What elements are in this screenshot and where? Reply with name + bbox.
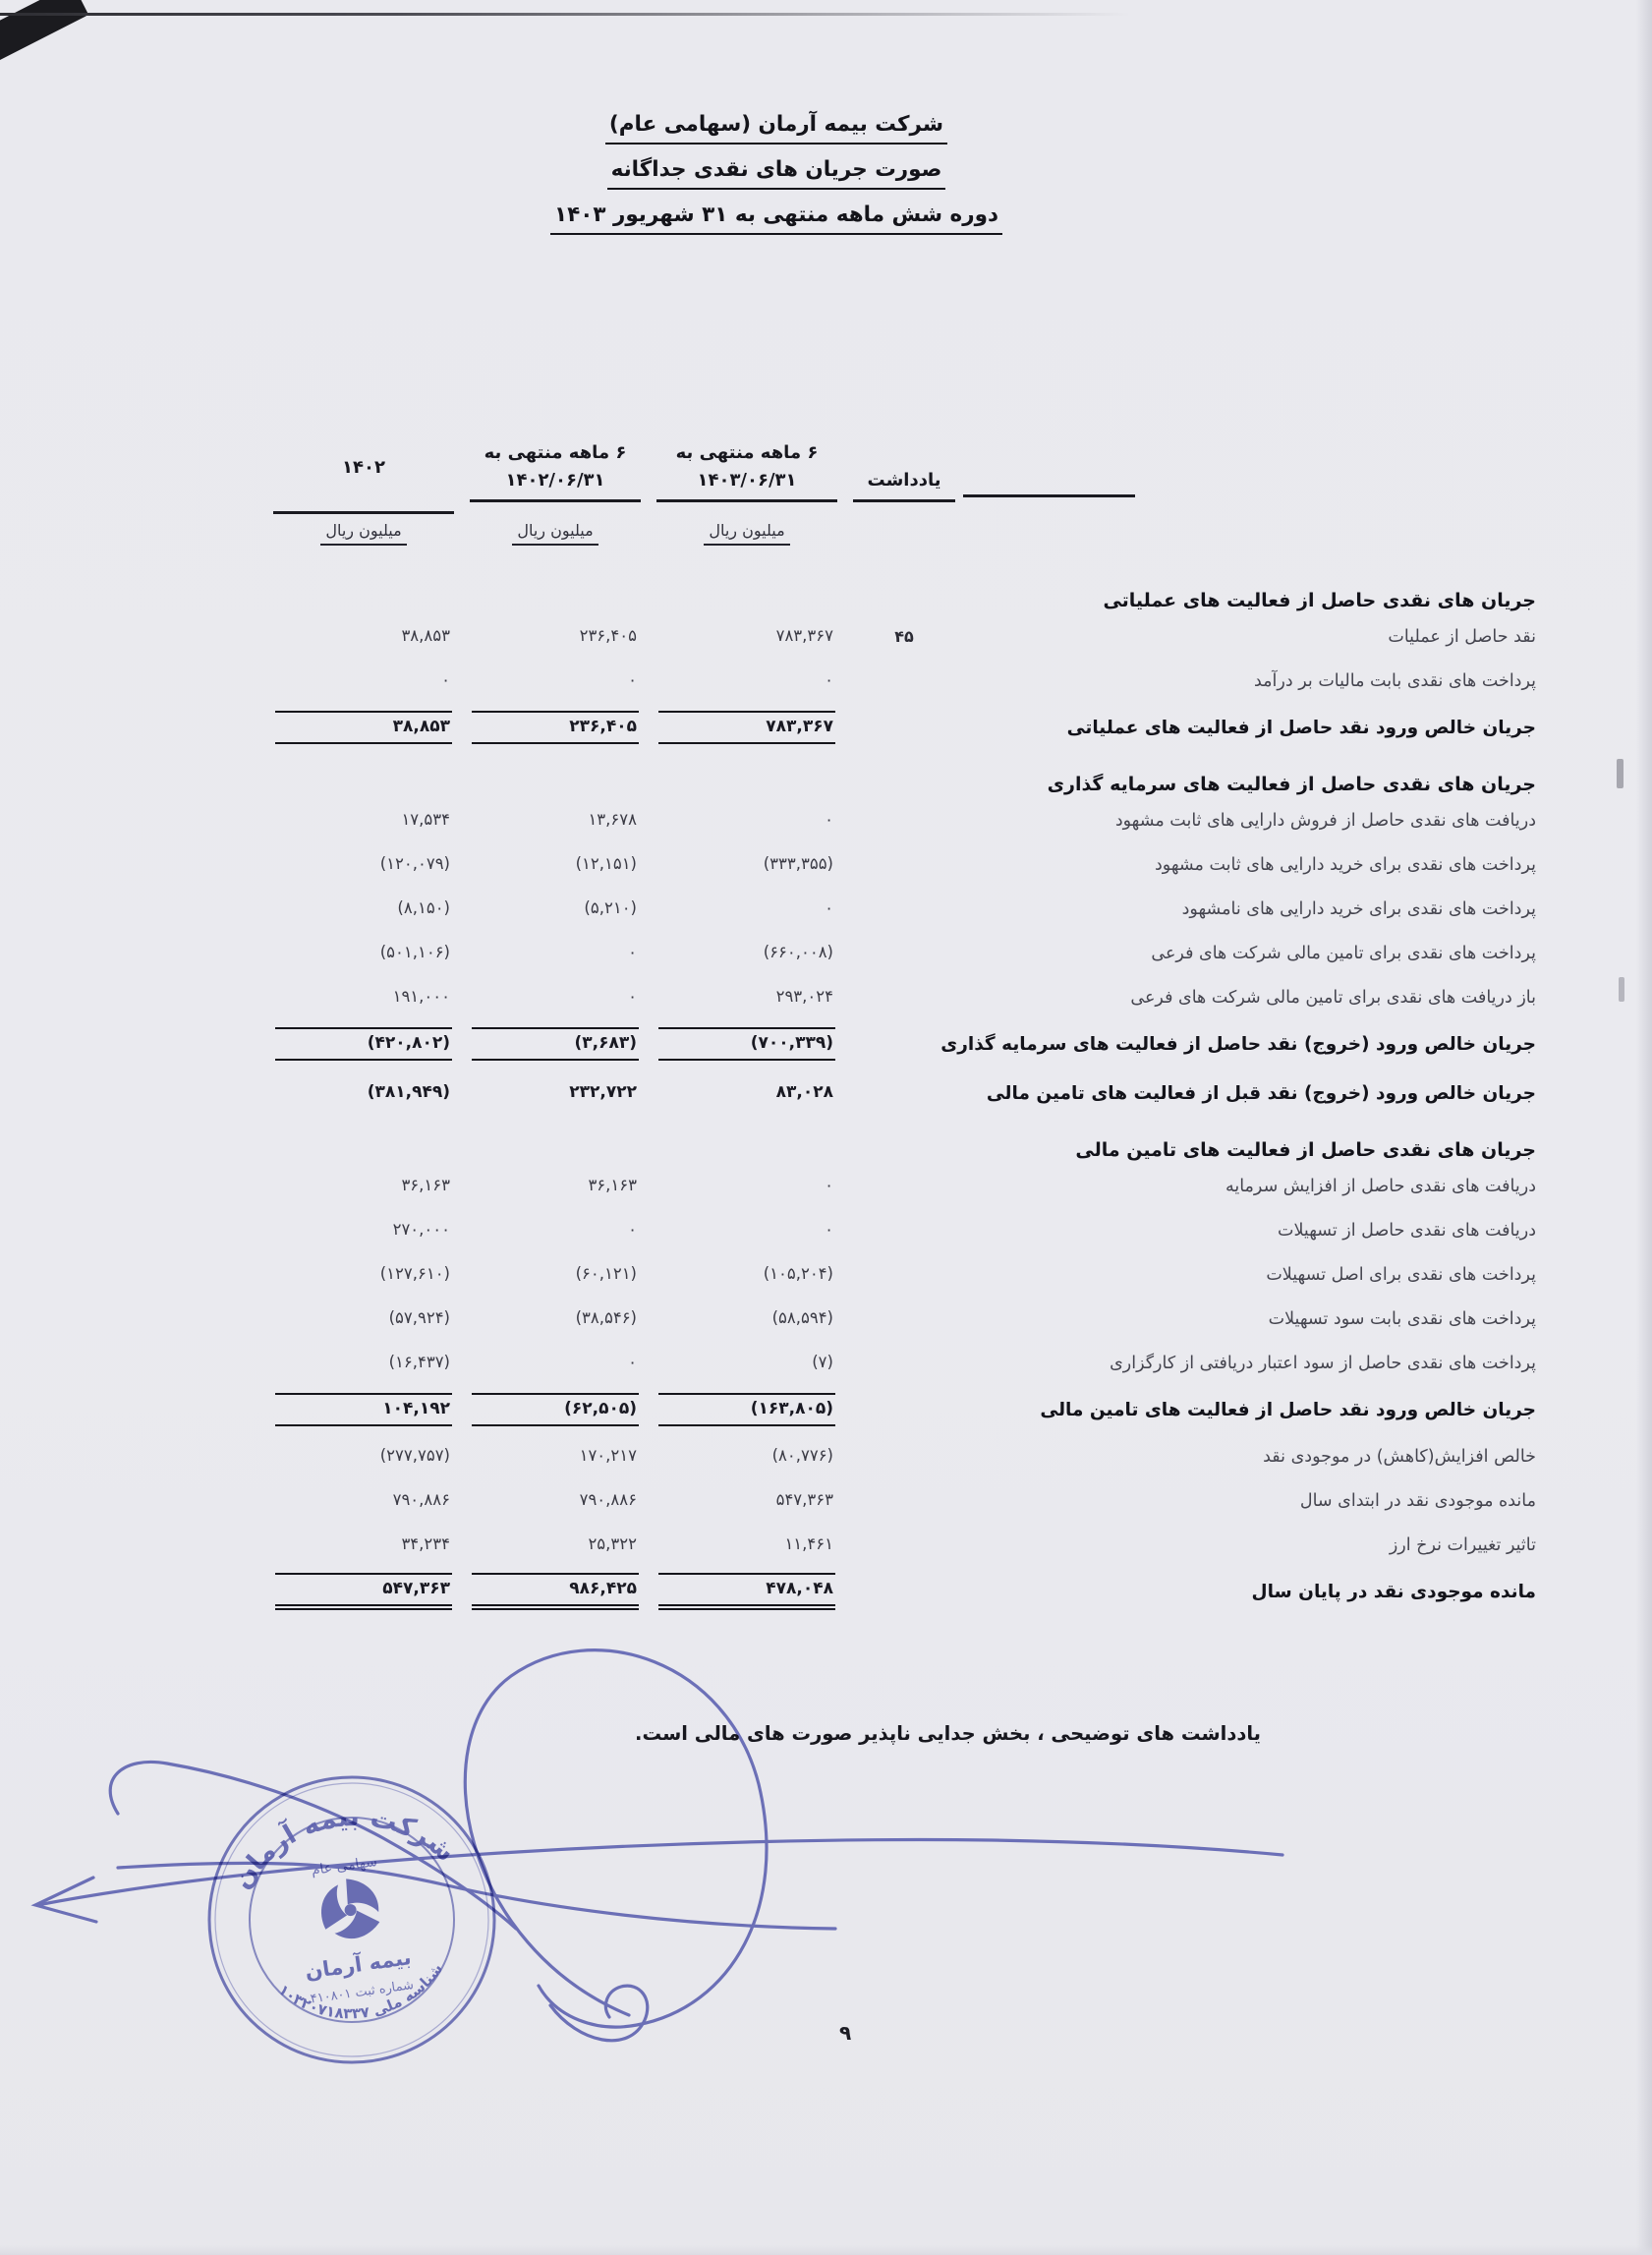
table-row: جریان خالص ورود نقد حاصل از فعالیت های ت… bbox=[265, 1385, 1536, 1434]
row-note bbox=[845, 1208, 963, 1252]
row-label: تاثیر تغییرات نرخ ارز bbox=[1390, 1535, 1536, 1555]
table-row: جریان خالص ورود (خروج) نقد قبل از فعالیت… bbox=[265, 1069, 1536, 1118]
row-label: جریان های نقدی حاصل از فعالیت های سرمایه… bbox=[1048, 774, 1536, 795]
cell-value: ۰ bbox=[472, 666, 639, 695]
row-label: دریافت های نقدی حاصل از تسهیلات bbox=[1278, 1221, 1536, 1241]
table-row: پرداخت های نقدی حاصل از سود اعتبار دریاف… bbox=[265, 1341, 1536, 1385]
row-label: پرداخت های نقدی برای اصل تسهیلات bbox=[1266, 1265, 1536, 1285]
cell-value: ۰ bbox=[472, 1349, 639, 1377]
row-note bbox=[845, 752, 963, 798]
cell-value: ۳۸,۸۵۳ bbox=[275, 622, 452, 651]
row-note bbox=[845, 1297, 963, 1341]
statement-title-text: صورت جریان های نقدی جداگانه bbox=[607, 157, 946, 190]
row-note bbox=[845, 1478, 963, 1523]
cell-value: ۳۶,۱۶۳ bbox=[275, 1172, 452, 1200]
row-label: جریان خالص ورود (خروج) نقد قبل از فعالیت… bbox=[987, 1083, 1536, 1104]
cell-value: ۲۵,۳۲۲ bbox=[472, 1531, 639, 1559]
cell-value: (۳,۶۸۳) bbox=[472, 1027, 639, 1061]
scanned-document-page: شرکت بیمه آرمان (سهامی عام) صورت جریان ه… bbox=[0, 0, 1652, 2255]
scan-artifact-right-2 bbox=[1619, 977, 1624, 1002]
table-row: خالص افزایش(کاهش) در موجودی نقد(۸۰,۷۷۶)۱… bbox=[265, 1434, 1536, 1478]
table-row: پرداخت های نقدی برای خرید دارایی های نام… bbox=[265, 887, 1536, 931]
statement-title: صورت جریان های نقدی جداگانه bbox=[0, 157, 1553, 190]
cell-value: ۰ bbox=[658, 1216, 835, 1244]
cell-value: ۷۹۰,۸۸۶ bbox=[472, 1486, 639, 1515]
period-title: دوره شش ماهه منتهی به ۳۱ شهریور ۱۴۰۳ bbox=[0, 202, 1553, 235]
row-label: پرداخت های نقدی بابت سود تسهیلات bbox=[1269, 1309, 1536, 1329]
table-row: پرداخت های نقدی برای اصل تسهیلات(۱۰۵,۲۰۴… bbox=[265, 1252, 1536, 1297]
note-column-label: یادداشت bbox=[868, 470, 941, 491]
cell-value: (۸,۱۵۰) bbox=[275, 895, 452, 923]
scan-artifact-right-1 bbox=[1617, 759, 1624, 788]
row-note bbox=[845, 1164, 963, 1208]
cell-value: ۵۴۷,۳۶۳ bbox=[658, 1486, 835, 1515]
page-number: ۹ bbox=[839, 2021, 851, 2045]
current-period-line1: ۶ ماهه منتهی به bbox=[676, 442, 819, 463]
row-note bbox=[845, 1069, 963, 1118]
table-row: جریان های نقدی حاصل از فعالیت های سرمایه… bbox=[265, 752, 1536, 798]
cell-value: (۶۰,۱۲۱) bbox=[472, 1260, 639, 1289]
cell-value: ۱۱,۴۶۱ bbox=[658, 1531, 835, 1559]
cell-value: (۱۶۳,۸۰۵) bbox=[658, 1393, 835, 1426]
prior-year-label: ۱۴۰۲ bbox=[342, 457, 385, 478]
cash-flow-table: یادداشت ۶ ماهه منتهی به ۱۴۰۳/۰۶/۳۱ ۶ ماه… bbox=[265, 376, 1536, 1616]
row-label: جریان خالص ورود نقد حاصل از فعالیت های ت… bbox=[1040, 1400, 1536, 1420]
row-note bbox=[845, 975, 963, 1019]
period-title-text: دوره شش ماهه منتهی به ۳۱ شهریور ۱۴۰۳ bbox=[550, 202, 1002, 235]
row-note bbox=[845, 1118, 963, 1164]
row-note bbox=[845, 1523, 963, 1567]
row-note bbox=[845, 931, 963, 975]
cell-value: (۷) bbox=[658, 1349, 835, 1377]
cell-value: (۵۰۱,۱۰۶) bbox=[275, 939, 452, 967]
cell-value: (۵,۲۱۰) bbox=[472, 895, 639, 923]
row-note bbox=[845, 887, 963, 931]
cell-value: ۱۳,۶۷۸ bbox=[472, 806, 639, 835]
cell-value: (۳۸,۵۴۶) bbox=[472, 1304, 639, 1333]
cell-value: (۸۰,۷۷۶) bbox=[658, 1442, 835, 1471]
table-row: دریافت های نقدی حاصل از افزایش سرمایه۰۳۶… bbox=[265, 1164, 1536, 1208]
signature bbox=[0, 1573, 1652, 2123]
row-note bbox=[845, 703, 963, 752]
cell-value: (۵۷,۹۲۴) bbox=[275, 1304, 452, 1333]
scan-edge-shadow-bottom bbox=[0, 2245, 1652, 2255]
signature-long-stroke bbox=[37, 1840, 1282, 1905]
row-note bbox=[845, 842, 963, 887]
row-note bbox=[845, 1341, 963, 1385]
cell-value: (۶۶۰,۰۰۸) bbox=[658, 939, 835, 967]
row-label: جریان خالص ورود نقد حاصل از فعالیت های ع… bbox=[1067, 718, 1536, 738]
cell-value: (۴۲۰,۸۰۲) bbox=[275, 1027, 452, 1061]
cell-value: (۱۶,۴۳۷) bbox=[275, 1349, 452, 1377]
cell-value: ۲۹۳,۰۲۴ bbox=[658, 983, 835, 1012]
cell-value: (۱۲,۱۵۱) bbox=[472, 850, 639, 879]
cell-value: ۰ bbox=[658, 1172, 835, 1200]
cell-value: ۰ bbox=[658, 806, 835, 835]
row-label: جریان خالص ورود (خروج) نقد حاصل از فعالی… bbox=[940, 1034, 1536, 1055]
cell-value: ۲۳۲,۷۲۲ bbox=[472, 1078, 639, 1108]
prior-period-date: ۱۴۰۲/۰۶/۳۱ bbox=[505, 470, 604, 491]
table-row: دریافت های نقدی حاصل از تسهیلات۰۰۲۷۰,۰۰۰ bbox=[265, 1208, 1536, 1252]
table-row: نقد حاصل از عملیات۴۵۷۸۳,۳۶۷۲۳۶,۴۰۵۳۸,۸۵۳ bbox=[265, 614, 1536, 659]
document-header: شرکت بیمه آرمان (سهامی عام) صورت جریان ه… bbox=[0, 112, 1553, 248]
row-label: پرداخت های نقدی برای تامین مالی شرکت های… bbox=[1151, 944, 1536, 963]
table-row: باز دریافت های نقدی برای تامین مالی شرکت… bbox=[265, 975, 1536, 1019]
table-row: جریان خالص ورود (خروج) نقد حاصل از فعالی… bbox=[265, 1019, 1536, 1069]
table-row: دریافت های نقدی حاصل از فروش دارایی های … bbox=[265, 798, 1536, 842]
cell-value: ۰ bbox=[658, 666, 835, 695]
row-label: پرداخت های نقدی برای خرید دارایی های نام… bbox=[1182, 899, 1536, 919]
company-title: شرکت بیمه آرمان (سهامی عام) bbox=[0, 112, 1553, 145]
row-note bbox=[845, 1434, 963, 1478]
table-row: پرداخت های نقدی برای خرید دارایی های ثاب… bbox=[265, 842, 1536, 887]
table-row: جریان خالص ورود نقد حاصل از فعالیت های ع… bbox=[265, 703, 1536, 752]
cell-value: ۰ bbox=[472, 1216, 639, 1244]
note-column-header: یادداشت bbox=[853, 388, 955, 502]
cell-value: ۱۹۱,۰۰۰ bbox=[275, 983, 452, 1012]
cell-value: (۱۰۵,۲۰۴) bbox=[658, 1260, 835, 1289]
row-label: مانده موجودی نقد در ابتدای سال bbox=[1300, 1491, 1536, 1511]
header-rule-extension bbox=[963, 392, 1135, 497]
cell-value: ۳۸,۸۵۳ bbox=[275, 711, 452, 744]
column-header-row: یادداشت ۶ ماهه منتهی به ۱۴۰۳/۰۶/۳۱ ۶ ماه… bbox=[265, 376, 1536, 514]
table-row: پرداخت های نقدی بابت سود تسهیلات(۵۸,۵۹۴)… bbox=[265, 1297, 1536, 1341]
cell-value: ۰ bbox=[658, 895, 835, 923]
cell-value: ۳۶,۱۶۳ bbox=[472, 1172, 639, 1200]
cell-value: (۷۰۰,۳۳۹) bbox=[658, 1027, 835, 1061]
signature-loop bbox=[465, 1650, 767, 2027]
row-label: جریان های نقدی حاصل از فعالیت های عملیات… bbox=[1103, 590, 1536, 611]
cash-flow-statement: یادداشت ۶ ماهه منتهی به ۱۴۰۳/۰۶/۳۱ ۶ ماه… bbox=[265, 376, 1536, 1616]
row-label: پرداخت های نقدی حاصل از سود اعتبار دریاف… bbox=[1110, 1354, 1536, 1373]
table-row: پرداخت های نقدی بابت مالیات بر درآمد۰۰۰ bbox=[265, 659, 1536, 703]
row-note bbox=[845, 1252, 963, 1297]
unit-row: میلیون ریال میلیون ریال میلیون ریال bbox=[265, 514, 1536, 568]
prior-period-line1: ۶ ماهه منتهی به bbox=[484, 442, 627, 463]
current-period-header: ۶ ماهه منتهی به ۱۴۰۳/۰۶/۳۱ bbox=[656, 388, 837, 502]
row-note: ۴۵ bbox=[845, 614, 963, 659]
cell-value: ۰ bbox=[472, 939, 639, 967]
row-label: پرداخت های نقدی بابت مالیات بر درآمد bbox=[1254, 671, 1536, 691]
row-label: دریافت های نقدی حاصل از افزایش سرمایه bbox=[1225, 1177, 1536, 1196]
cell-value: (۱۲۰,۰۷۹) bbox=[275, 850, 452, 879]
unit-label: میلیون ریال bbox=[320, 521, 406, 546]
cell-value: ۰ bbox=[275, 666, 452, 695]
row-note bbox=[845, 568, 963, 614]
table-row: تاثیر تغییرات نرخ ارز۱۱,۴۶۱۲۵,۳۲۲۳۴,۲۳۴ bbox=[265, 1523, 1536, 1567]
row-label: نقد حاصل از عملیات bbox=[1388, 627, 1536, 647]
table-row: جریان های نقدی حاصل از فعالیت های عملیات… bbox=[265, 568, 1536, 614]
row-label: پرداخت های نقدی برای خرید دارایی های ثاب… bbox=[1155, 855, 1536, 875]
cell-value: (۳۳۳,۳۵۵) bbox=[658, 850, 835, 879]
cell-value: ۱۰۴,۱۹۲ bbox=[275, 1393, 452, 1426]
current-period-date: ۱۴۰۳/۰۶/۳۱ bbox=[697, 470, 796, 491]
cell-value: ۷۸۳,۳۶۷ bbox=[658, 711, 835, 744]
cell-value: ۷۸۳,۳۶۷ bbox=[658, 622, 835, 651]
row-label: باز دریافت های نقدی برای تامین مالی شرکت… bbox=[1130, 988, 1536, 1008]
cell-value: (۶۲,۵۰۵) bbox=[472, 1393, 639, 1426]
cell-value: ۷۹۰,۸۸۶ bbox=[275, 1486, 452, 1515]
row-note bbox=[845, 1385, 963, 1434]
prior-period-header: ۶ ماهه منتهی به ۱۴۰۲/۰۶/۳۱ bbox=[470, 388, 641, 502]
cell-value: (۵۸,۵۹۴) bbox=[658, 1304, 835, 1333]
prior-year-header: ۱۴۰۲ bbox=[273, 376, 454, 514]
table-body: جریان های نقدی حاصل از فعالیت های عملیات… bbox=[265, 568, 1536, 1616]
table-row: پرداخت های نقدی برای تامین مالی شرکت های… bbox=[265, 931, 1536, 975]
cell-value: ۰ bbox=[472, 983, 639, 1012]
unit-label: میلیون ریال bbox=[704, 521, 789, 546]
company-title-text: شرکت بیمه آرمان (سهامی عام) bbox=[605, 112, 947, 145]
scan-artifact-corner bbox=[0, 0, 88, 64]
cell-value: ۲۷۰,۰۰۰ bbox=[275, 1216, 452, 1244]
table-row: جریان های نقدی حاصل از فعالیت های تامین … bbox=[265, 1118, 1536, 1164]
cell-value: (۲۷۷,۷۵۷) bbox=[275, 1442, 452, 1471]
row-note bbox=[845, 798, 963, 842]
signature-left-scrawl bbox=[110, 1762, 516, 1929]
unit-label: میلیون ریال bbox=[512, 521, 598, 546]
cell-value: (۱۲۷,۶۱۰) bbox=[275, 1260, 452, 1289]
scan-artifact-topline bbox=[0, 13, 1130, 16]
row-label: دریافت های نقدی حاصل از فروش دارایی های … bbox=[1115, 811, 1536, 831]
cell-value: ۲۳۶,۴۰۵ bbox=[472, 622, 639, 651]
row-note bbox=[845, 659, 963, 703]
cell-value: ۸۳,۰۲۸ bbox=[658, 1078, 835, 1108]
table-row: مانده موجودی نقد در ابتدای سال۵۴۷,۳۶۳۷۹۰… bbox=[265, 1478, 1536, 1523]
cell-value: ۱۷۰,۲۱۷ bbox=[472, 1442, 639, 1471]
cell-value: ۲۳۶,۴۰۵ bbox=[472, 711, 639, 744]
row-label: جریان های نقدی حاصل از فعالیت های تامین … bbox=[1075, 1139, 1536, 1161]
cell-value: (۳۸۱,۹۴۹) bbox=[275, 1078, 452, 1108]
row-label: خالص افزایش(کاهش) در موجودی نقد bbox=[1263, 1447, 1536, 1467]
cell-value: ۱۷,۵۳۴ bbox=[275, 806, 452, 835]
cell-value: ۳۴,۲۳۴ bbox=[275, 1531, 452, 1559]
